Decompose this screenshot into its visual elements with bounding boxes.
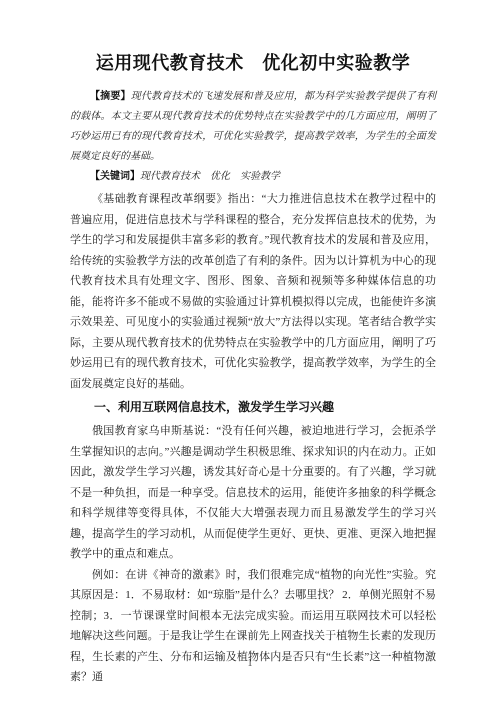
document-page: 运用现代教育技术 优化初中实验教学 【摘要】现代教育技术的飞速发展和普及应用，都…: [0, 0, 500, 707]
keywords-label: 【关键词】: [90, 171, 140, 182]
page-title: 运用现代教育技术 优化初中实验教学: [70, 50, 436, 77]
keywords: 【关键词】现代教育技术 优化 实验教学: [70, 167, 436, 187]
abstract-label: 【摘要】: [90, 91, 131, 102]
abstract: 【摘要】现代教育技术的飞速发展和普及应用，都为科学实验教学提供了有利的载体。本文…: [70, 87, 436, 167]
section1-heading: 一、利用互联网信息技术，激发学生学习兴趣: [70, 397, 436, 418]
page-number: 1: [0, 658, 500, 669]
section1-paragraph1: 俄国教育家乌申斯基说：“没有任何兴趣，被迫地进行学习，会扼杀学生掌握知识的志向。…: [70, 421, 436, 565]
section1-paragraph2: 例如：在讲《神奇的激素》时，我们很难完成“植物的向光性”实验。究其原因是：1．不…: [70, 565, 436, 688]
keywords-text: 现代教育技术 优化 实验教学: [140, 171, 280, 182]
intro-paragraph: 《基础教育课程改革纲要》指出：“大力推进信息技术在教学过程中的普遍应用，促进信息…: [70, 189, 436, 394]
